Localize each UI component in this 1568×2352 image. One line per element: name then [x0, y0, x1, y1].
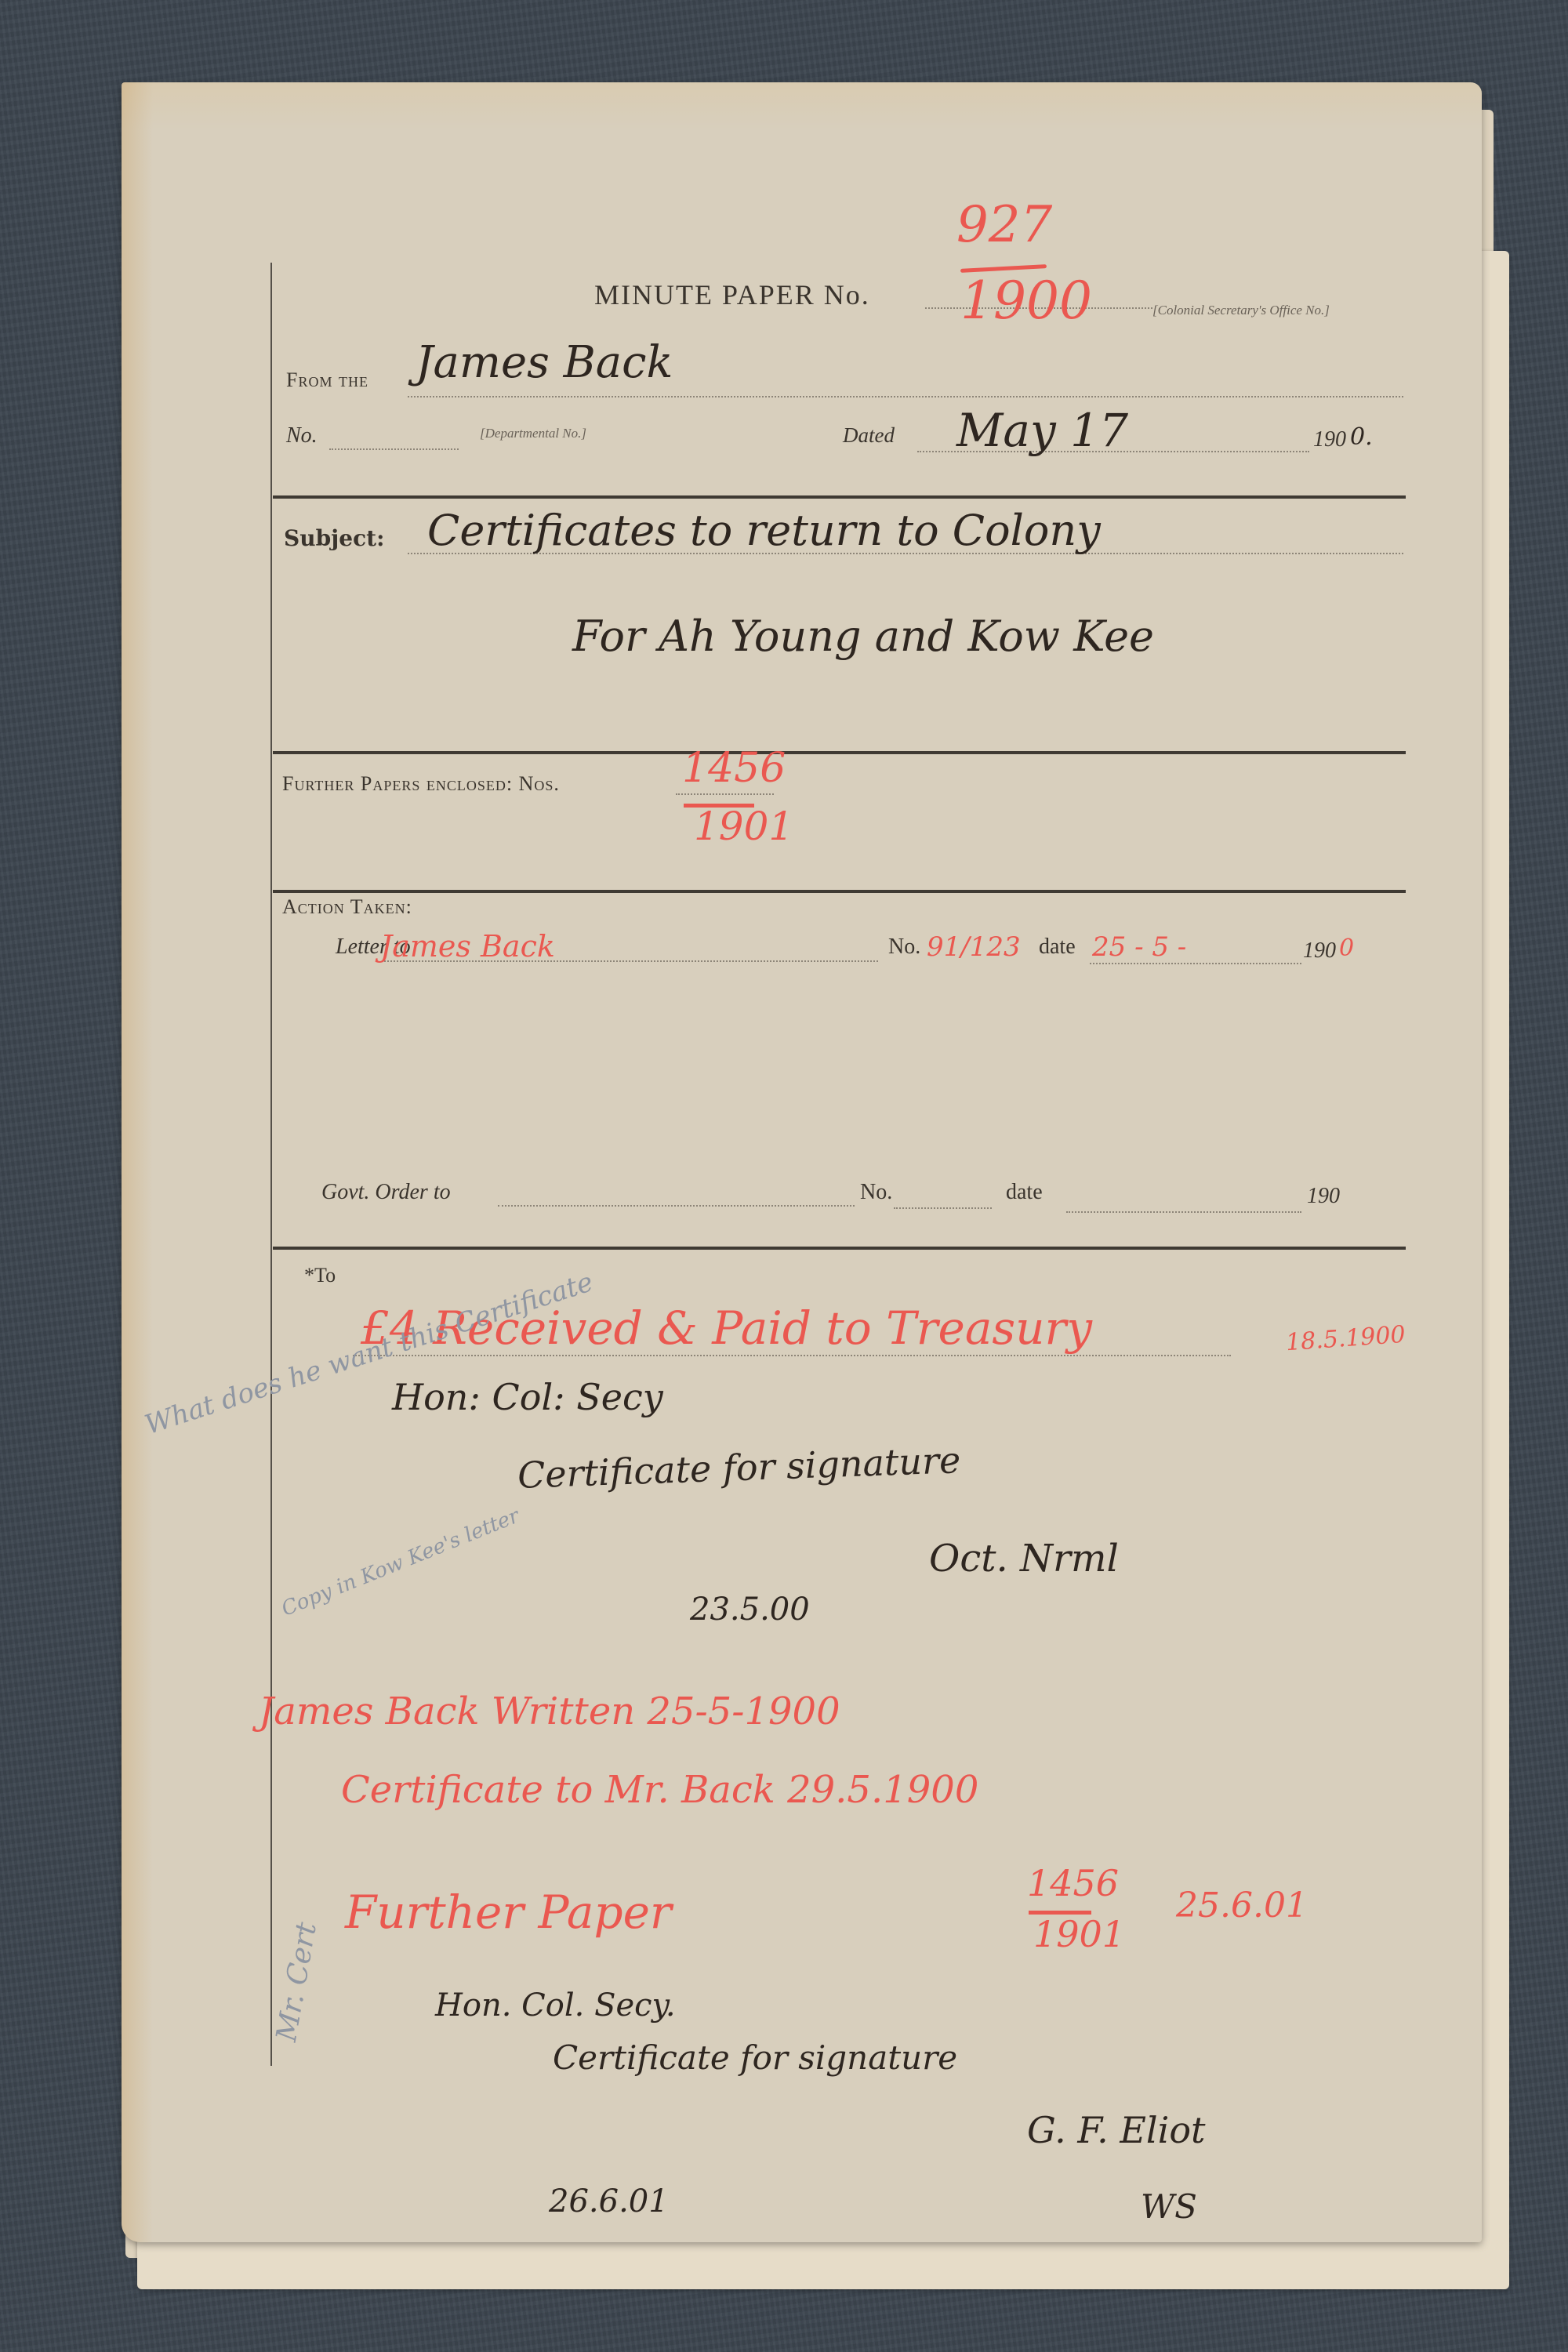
govt-date-label: date [1006, 1180, 1043, 1205]
dated-year-print: 190 [1313, 427, 1346, 452]
minute-number: 927 [956, 196, 1052, 254]
minute-addressee-1: Hon: Col: Secy [392, 1376, 663, 1418]
dated-year-hand: 0. [1350, 423, 1373, 451]
govt-year-print: 190 [1307, 1184, 1340, 1209]
subject-line-1: Certificates to return to Colony [427, 506, 1101, 555]
section-divider-2 [273, 751, 1406, 754]
subject-label: Subject: [284, 525, 384, 551]
no-line [329, 448, 459, 450]
from-label: From the [286, 368, 368, 392]
signature-1: Oct. Nrml [929, 1537, 1119, 1581]
subject-line-2: For Ah Young and Kow Kee [572, 612, 1154, 661]
govt-order-line [498, 1205, 855, 1207]
minute-further-year: 1901 [1033, 1913, 1125, 1955]
minute-written: James Back Written 25-5-1900 [259, 1690, 840, 1733]
dated-label: Dated [843, 423, 895, 448]
action-taken-label: Action Taken: [282, 895, 412, 919]
govt-no-line [894, 1207, 992, 1209]
further-papers-year: 1901 [694, 804, 793, 849]
colonial-office-note: [Colonial Secretary's Office No.] [1152, 303, 1330, 318]
from-line [408, 396, 1403, 397]
signature-2: G. F. Eliot [1027, 2109, 1206, 2151]
letter-year-print: 190 [1303, 938, 1336, 964]
letter-to-value: James Back [380, 929, 555, 964]
dated-value: May 17 [956, 404, 1128, 457]
letter-no-label: No. [888, 935, 920, 960]
letter-no-value: 91/123 [927, 931, 1021, 963]
from-value: James Back [416, 337, 673, 388]
further-papers-label: Further Papers enclosed: Nos. [282, 772, 560, 796]
minute-year: 1900 [960, 270, 1092, 331]
minute-further-date: 25.6.01 [1176, 1886, 1308, 1926]
margin-rule [270, 263, 272, 2066]
further-papers-line [676, 793, 774, 795]
form-title: MINUTE PAPER No. [594, 278, 870, 311]
letter-date-label: date [1039, 935, 1076, 960]
minute-further-num: 1456 [1027, 1862, 1119, 1904]
minute-certificate-sent: Certificate to Mr. Back 29.5.1900 [341, 1768, 978, 1812]
minute-date-2: 26.6.01 [549, 2183, 669, 2220]
section-divider-1 [273, 495, 1406, 499]
letter-year-hand: 0 [1339, 935, 1354, 962]
letter-date-value: 25 - 5 - [1092, 931, 1186, 963]
govt-no-label: No. [860, 1180, 892, 1205]
departmental-note: [Departmental No.] [480, 426, 586, 441]
govt-date-line [1066, 1211, 1301, 1213]
letter-date-line [1090, 963, 1301, 964]
minute-line [353, 1355, 1231, 1356]
govt-order-label: Govt. Order to [321, 1180, 451, 1205]
to-label: *To [304, 1264, 336, 1287]
section-divider-4 [273, 1247, 1406, 1250]
section-divider-3 [273, 890, 1406, 893]
minute-date-1: 23.5.00 [690, 1592, 810, 1628]
initials: WS [1141, 2187, 1197, 2226]
further-papers-number: 1456 [682, 745, 786, 792]
minute-further-paper: Further Paper [345, 1886, 672, 1939]
no-label: No. [286, 423, 318, 448]
minute-addressee-2: Hon. Col. Secy. [435, 1987, 676, 2024]
minute-request-2: Certificate for signature [553, 2038, 957, 2077]
